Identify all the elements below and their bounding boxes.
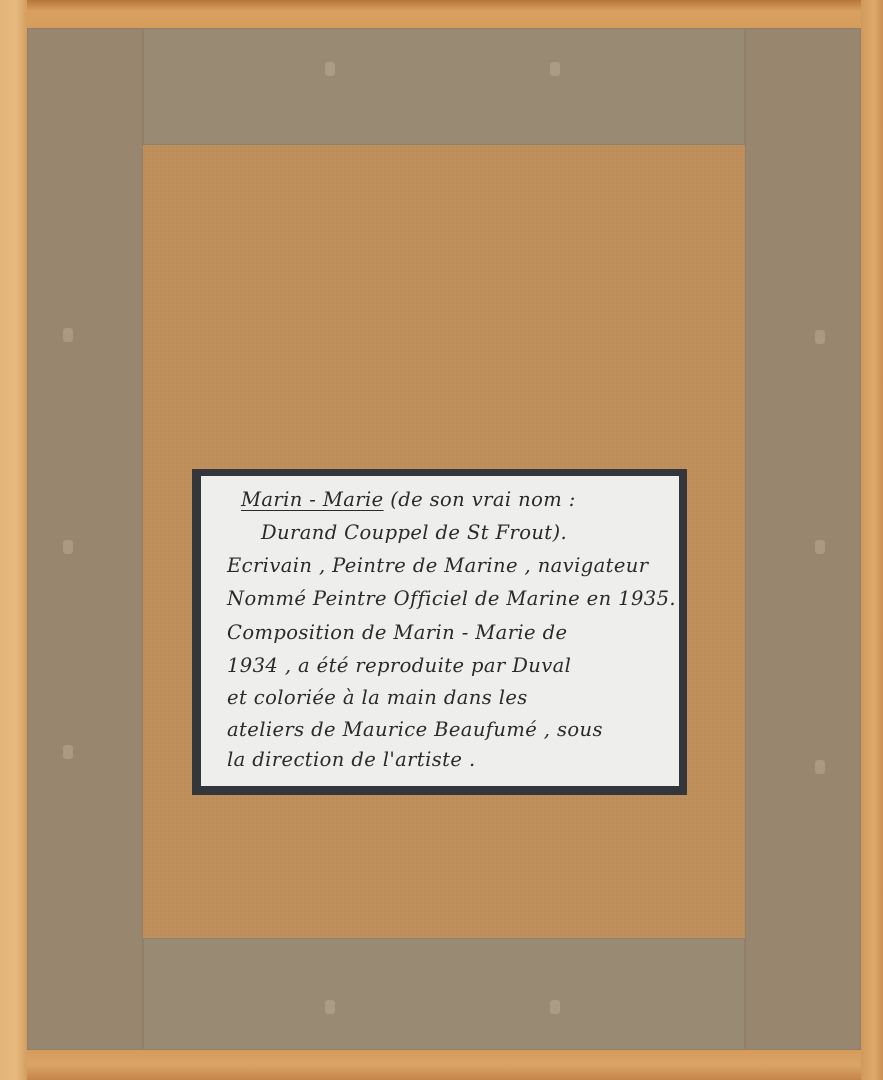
label-line-2: Durand Couppel de St Frout). xyxy=(261,515,567,550)
label-line-6: 1934 , a été reproduite par Duval xyxy=(227,648,571,683)
label-line-5: Composition de Marin - Marie de xyxy=(227,615,567,650)
nail-mark xyxy=(63,328,73,342)
frame-right-rail xyxy=(861,0,883,1080)
frame-top-rail xyxy=(0,0,883,28)
nail-mark xyxy=(815,760,825,774)
nail-mark xyxy=(550,62,560,76)
tape-strip-bottom xyxy=(143,938,745,1050)
picture-frame-back: Marin - Marie (de son vrai nom : Durand … xyxy=(0,0,883,1080)
frame-left-rail xyxy=(0,0,27,1080)
tape-strip-top xyxy=(143,28,745,145)
nail-mark xyxy=(325,1000,335,1014)
tape-strip-left xyxy=(27,28,143,1050)
nail-mark xyxy=(63,745,73,759)
label-line-1: Marin - Marie (de son vrai nom : xyxy=(241,482,576,517)
label-line-7: et coloriée à la main dans les xyxy=(227,680,528,715)
handwritten-label: Marin - Marie (de son vrai nom : Durand … xyxy=(201,476,679,786)
artist-name: Marin - Marie xyxy=(241,488,384,511)
frame-bottom-rail xyxy=(0,1050,883,1080)
tape-strip-right xyxy=(745,28,861,1050)
nail-mark xyxy=(815,540,825,554)
label-line-4: Nommé Peintre Officiel de Marine en 1935… xyxy=(227,581,676,616)
nail-mark xyxy=(63,540,73,554)
label-line-9: la direction de l'artiste . xyxy=(227,742,476,777)
nail-mark xyxy=(815,330,825,344)
label-line-3: Ecrivain , Peintre de Marine , navigateu… xyxy=(227,548,649,583)
nail-mark xyxy=(325,62,335,76)
nail-mark xyxy=(550,1000,560,1014)
